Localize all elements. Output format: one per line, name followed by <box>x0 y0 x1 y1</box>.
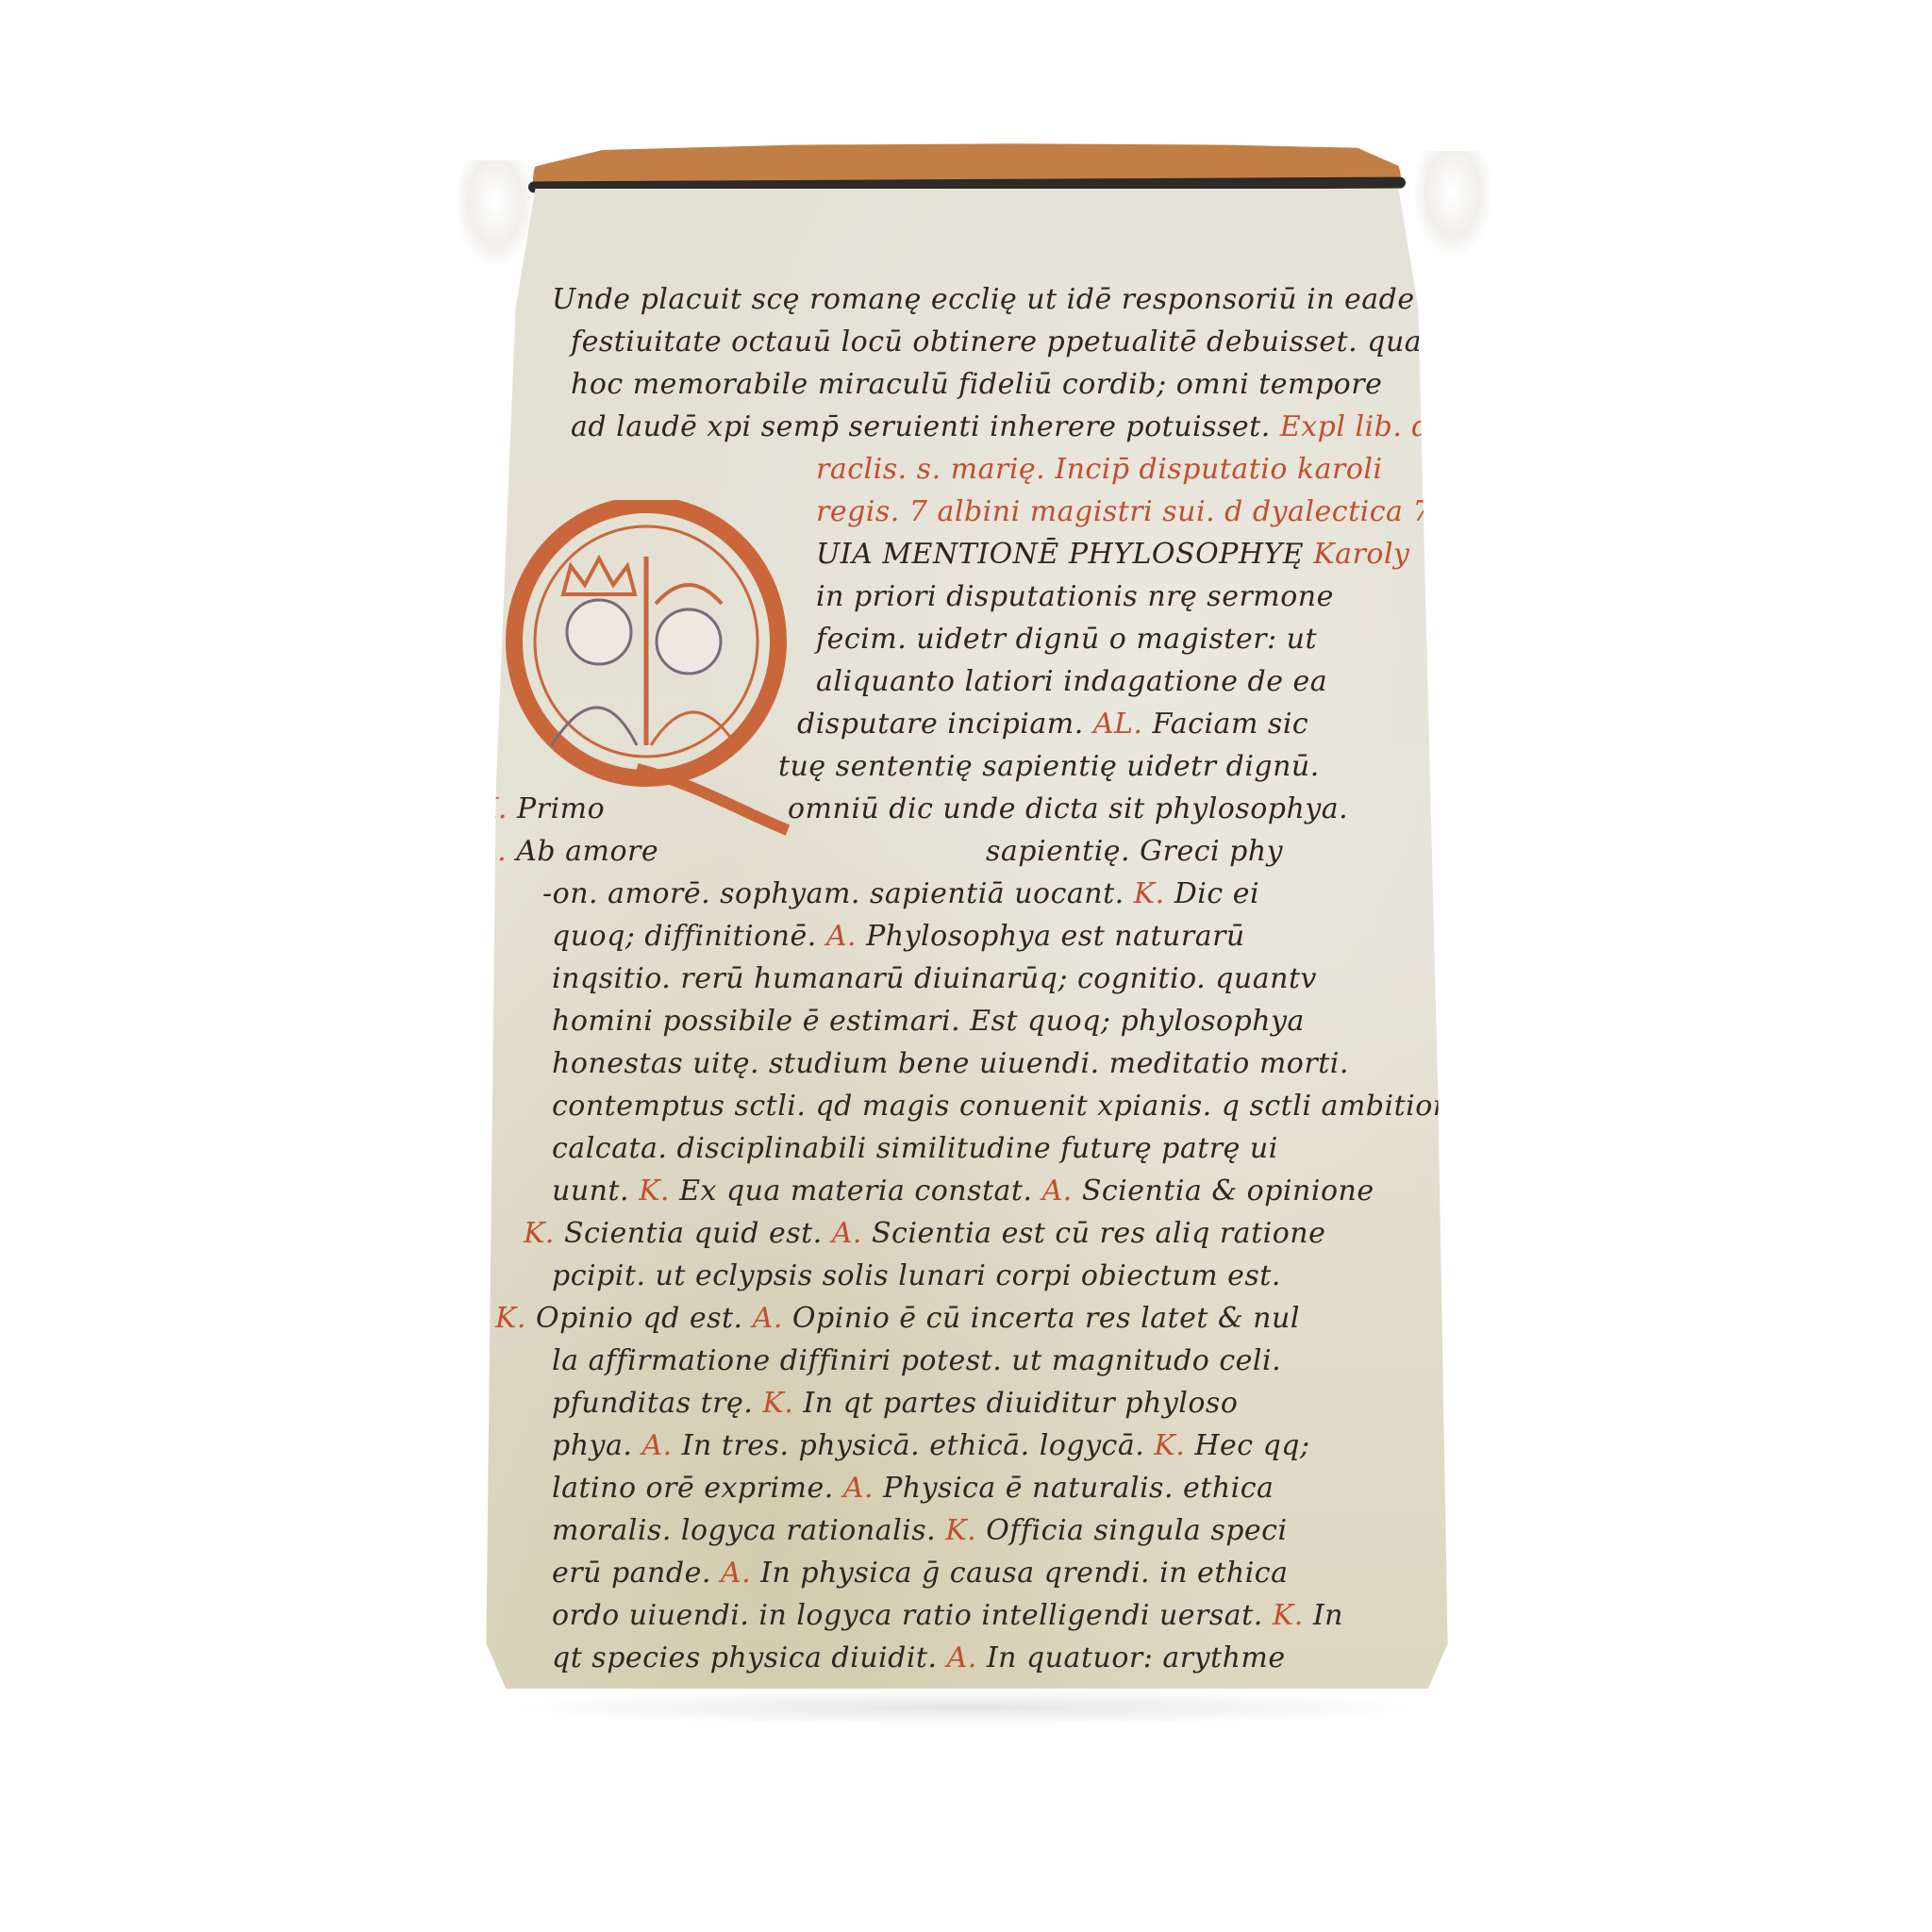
ms-line-14b: sapientię. Greci phy <box>986 835 1283 868</box>
ms-line-6: regis. 7 albini magistri sui. d dyalecti… <box>816 495 1563 528</box>
ms-line-31: erū pande. A. In physica ḡ causa qrendi.… <box>552 1557 1288 1590</box>
ms-line-21: calcata. disciplinabili similitudine fut… <box>552 1132 1278 1165</box>
manuscript-print: Unde placuit scę romanę ecclię ut idē re… <box>476 189 1457 1689</box>
ms-line-24: pcipit. ut eclypsis solis lunari corpi o… <box>552 1259 1281 1292</box>
drawstring-cord-right <box>1415 151 1491 255</box>
ms-line-22: uunt. K. Ex qua materia constat. A. Scie… <box>552 1174 1374 1207</box>
ms-line-20: contemptus sctli. qd magis conuenit xpia… <box>552 1090 1469 1123</box>
ms-line-9: fecim. uidetr dignū o magister: ut <box>816 623 1317 656</box>
ms-line-32: ordo uiuendi. in logyca ratio intelligen… <box>552 1599 1343 1632</box>
ms-line-13b: omniū dic unde dicta sit phylosophya. <box>788 792 1348 825</box>
rubric-explicit: Expl lib. dmi <box>1280 410 1467 443</box>
ms-line-5: raclis. s. marię. Incip̄ disputatio karo… <box>816 453 1383 486</box>
ms-line-29: latino orē exprime. A. Physica ē natural… <box>552 1472 1274 1505</box>
ms-line-1: Unde placuit scę romanę ecclię ut idē re… <box>552 283 1415 316</box>
ms-line-27: pfunditas trę. K. In qt partes diuiditur… <box>552 1387 1238 1420</box>
ms-line-7: UIA MENTIONĒ PHYLOSOPHYĘ Karoly <box>816 538 1410 571</box>
drawstring-bag: Unde placuit scę romanę ecclię ut idē re… <box>476 142 1457 1689</box>
drawstring-cord-left <box>458 160 533 264</box>
ms-line-18: homini possibile ē estimari. Est quoq; p… <box>552 1005 1305 1038</box>
ms-line-19: honestas uitę. studium bene uiuendi. med… <box>552 1047 1349 1080</box>
ms-line-25: K. Opinio qd est. A. Opinio ē cū incerta… <box>495 1302 1300 1335</box>
ms-line-28: phya. A. In tres. physicā. ethicā. logyc… <box>552 1429 1310 1462</box>
ms-line-2: festiuitate octauū locū obtinere ppetual… <box>571 325 1453 358</box>
ms-line-23: K. Scientia quid est. A. Scientia est cū… <box>524 1217 1325 1250</box>
ms-line-17: inqsitio. rerū humanarū diuinarūq; cogni… <box>552 962 1317 995</box>
bag-shadow <box>491 1689 1443 1726</box>
ms-line-10: aliquanto latiori indagatione de ea <box>816 665 1327 698</box>
ms-line-13: K. Primo <box>476 792 605 825</box>
ms-line-16: quoq; diffinitionē. A. Phylosophya est n… <box>552 920 1245 953</box>
ms-line-14: A. Ab amore <box>476 835 658 868</box>
ms-line-11: disputare incipiam. AL. Faciam sic <box>797 708 1308 741</box>
product-photo: Unde placuit scę romanę ecclię ut idē re… <box>0 0 1932 1932</box>
ms-line-3: hoc memorabile miraculū fideliū cordib; … <box>571 368 1382 401</box>
ms-line-15: -on. amorē. sophyam. sapientiā uocant. K… <box>542 877 1259 910</box>
ms-line-33: qt species physica diuidit. A. In quatuo… <box>552 1641 1286 1674</box>
ms-line-30: moralis. logyca rationalis. K. Officia s… <box>552 1514 1288 1547</box>
ms-line-26: la affirmatione diffiniri potest. ut mag… <box>552 1344 1281 1377</box>
ms-line-4: ad laudē xpi semp̄ seruienti inherere po… <box>571 410 1467 443</box>
ms-line-12: tuę sententię sapientię uidetr dignū. <box>778 750 1320 783</box>
ms-line-8: in priori disputationis nrę sermone <box>816 580 1334 613</box>
